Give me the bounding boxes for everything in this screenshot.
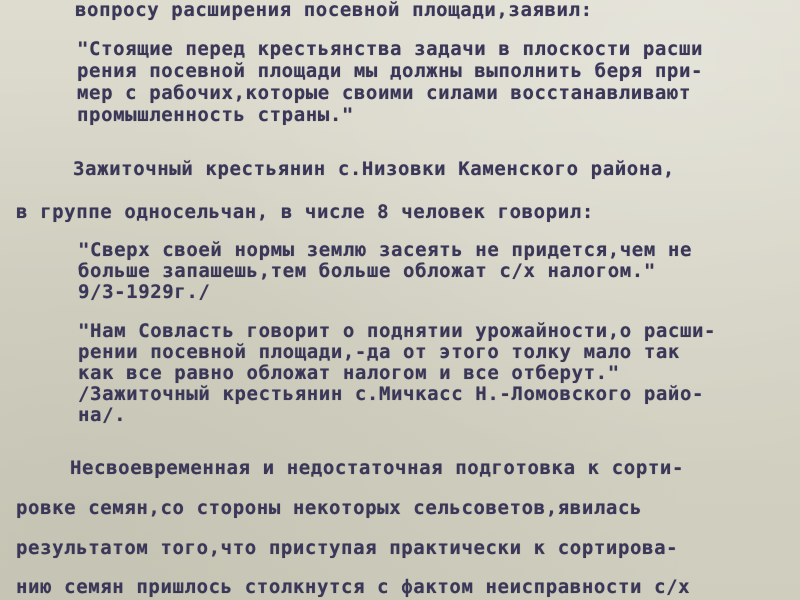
- quote-line: рении посевной площади,-да от этого толк…: [78, 341, 680, 363]
- quote-line: как все равно обложат налогом и все отбе…: [78, 362, 620, 384]
- document-line: Несвоевременная и недостаточная подготов…: [70, 457, 684, 479]
- quote-line: "Сверх своей нормы землю засеять не прид…: [78, 239, 692, 261]
- date-line: 9/3-1929г./: [78, 281, 210, 303]
- quote-line: "Нам Совласть говорит о поднятии урожайн…: [78, 320, 716, 342]
- typewritten-document-page: вопросу расширения посевной площади,заяв…: [0, 0, 800, 600]
- quote-line: "Стоящие перед крестьянства задачи в пло…: [77, 38, 703, 60]
- quote-line: промышленность страны.": [77, 104, 354, 126]
- attribution-line: /Зажиточный крестьянин с.Мичкасс Н.-Ломо…: [78, 383, 704, 405]
- quote-line: больше запашешь,тем больше обложат с/х н…: [78, 260, 656, 282]
- document-line: вопросу расширения посевной площади,заяв…: [75, 0, 593, 21]
- document-line: результатом того,что приступая практичес…: [16, 537, 678, 559]
- quote-line: мер с рабочих,которые своими силами восс…: [77, 82, 691, 104]
- document-line: ровке семян,со стороны некоторых сельсов…: [16, 497, 642, 519]
- quote-line: рения посевной площади мы должны выполни…: [77, 60, 703, 82]
- document-line: в группе односельчан, в числе 8 человек …: [16, 201, 594, 223]
- document-line: нию семян пришлось столкнутся с фактом н…: [16, 576, 690, 598]
- attribution-line: на/.: [78, 404, 126, 426]
- document-line: Зажиточный крестьянин с.Низовки Каменско…: [73, 158, 675, 180]
